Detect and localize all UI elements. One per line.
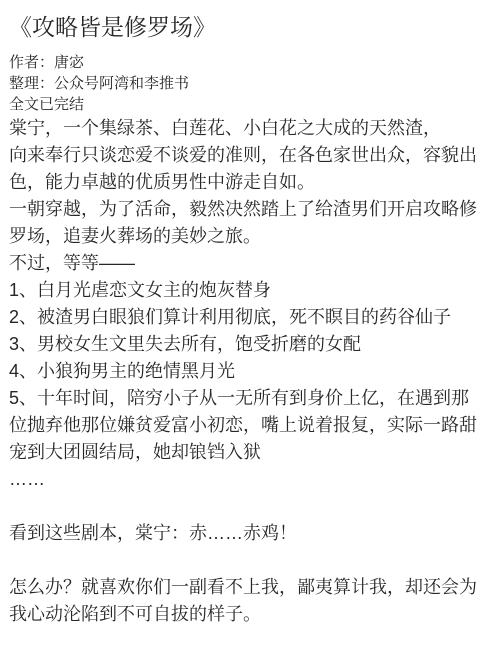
meta-block: 作者：唐宓 整理：公众号阿湾和李推书 全文已完结 <box>9 52 494 115</box>
synopsis-line: 我心动沦陷到不可自拔的样子。 <box>9 601 494 628</box>
synopsis-line: 不过，等等—— <box>9 250 494 277</box>
plot-list-item-2: 2、被渣男白眼狼们算计利用彻底，死不瞑目的药谷仙子 <box>9 304 494 331</box>
ellipsis-line: …… <box>9 466 494 493</box>
synopsis-line: 棠宁，一个集绿茶、白莲花、小白花之大成的天然渣， <box>9 115 494 142</box>
synopsis-line: 向来奉行只谈恋爱不谈爱的准则，在各色家世出众，容貌出 <box>9 142 494 169</box>
synopsis-block: 棠宁，一个集绿茶、白莲花、小白花之大成的天然渣， 向来奉行只谈恋爱不谈爱的准则，… <box>9 115 494 628</box>
blank-line <box>9 547 494 574</box>
plot-list-item-5-cont: 位抛弃他那位嫌贫爱富小初恋，嘴上说着报复，实际一路甜 <box>9 412 494 439</box>
completion-status-line: 全文已完结 <box>9 94 494 115</box>
plot-list-item-5-cont: 宠到大团圆结局，她却锒铛入狱 <box>9 439 494 466</box>
synopsis-line: 罗场，追妻火葬场的美妙之旅。 <box>9 223 494 250</box>
plot-list-item-1: 1、白月光虐恋文女主的炮灰替身 <box>9 277 494 304</box>
author-line: 作者：唐宓 <box>9 52 494 73</box>
synopsis-line: 看到这些剧本，棠宁：赤……赤鸡！ <box>9 520 494 547</box>
compiler-line: 整理：公众号阿湾和李推书 <box>9 73 494 94</box>
novel-intro-page: 《攻略皆是修罗场》 作者：唐宓 整理：公众号阿湾和李推书 全文已完结 棠宁，一个… <box>0 0 500 666</box>
synopsis-line: 色，能力卓越的优质男性中游走自如。 <box>9 169 494 196</box>
plot-list-item-4: 4、小狼狗男主的绝情黑月光 <box>9 358 494 385</box>
plot-list-item-5: 5、十年时间，陪穷小子从一无所有到身价上亿，在遇到那 <box>9 385 494 412</box>
synopsis-line: 怎么办？就喜欢你们一副看不上我，鄙夷算计我，却还会为 <box>9 574 494 601</box>
book-title: 《攻略皆是修罗场》 <box>9 12 494 42</box>
plot-list-item-3: 3、男校女生文里失去所有，饱受折磨的女配 <box>9 331 494 358</box>
synopsis-line: 一朝穿越，为了活命，毅然决然踏上了给渣男们开启攻略修 <box>9 196 494 223</box>
blank-line <box>9 493 494 520</box>
